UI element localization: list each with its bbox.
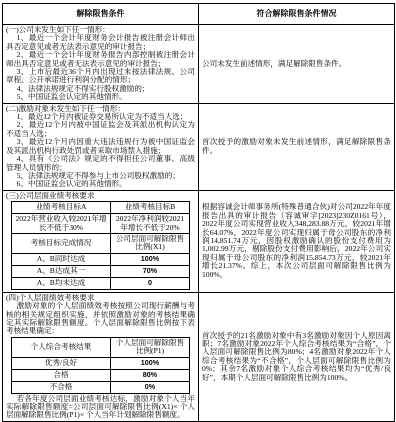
section2-conditions-cell: (二)激励对象未发生如下任一情形： 1、最近12个月内被证券交易所认定为不适当人… [3, 103, 199, 190]
section1-conditions-cell: (一)公司未发生如下任一情形： 1、最近一个会计年度财务会计报告被注册会计师出具… [3, 25, 199, 104]
col-header-status: 符合解除限售条件情况 [199, 4, 395, 25]
section4-result: 首次授予的21名激励对象中有3名激励对象因个人原因离职；7名激励对象2022年个… [202, 332, 391, 382]
table-row: 合格 80% [12, 369, 190, 381]
completion-condition: A、B达成其一 [12, 265, 111, 277]
personal-ratio-value: 80% [111, 369, 190, 381]
section3-status-cell: 根据容诚会计师事务所(特殊普通合伙)对公司2022年年度报告出具的审计报告（容诚… [199, 190, 395, 292]
unlock-ratio-value: 0 [111, 277, 190, 289]
section1-item: 5、中国证监会认定的其他情形。 [6, 93, 195, 101]
table-row: A、B同时达成 100% [12, 253, 190, 265]
section1-item: 1、最近一个会计年度财务会计报告被注册会计师出具否定意见或者无法表示意见的审计报… [6, 34, 195, 51]
section3-result: 根据容诚会计师事务所(特殊普通合伙)对公司2022年年度报告出具的审计报告（容诚… [202, 203, 391, 279]
goal-b-detail: 2022年净利润较2021年增长不低于20% [111, 214, 190, 234]
personal-assessment-table: 个人综合考核结果 个人层面可解除限售比例(P1) 优秀/良好 100% 合格 8… [11, 337, 190, 394]
table-row: 不合格 0% [12, 381, 190, 393]
section4-conditions-cell: (四)个人层面绩效考核要求 激励对象的个人层面绩效考核按照公司现行薪酬与考核的相… [3, 292, 199, 421]
section3-conditions-cell: (三)公司层面业绩考核要求 业绩考核目标A 业绩考核目标B 2022年营业收入较… [3, 190, 199, 292]
section1-status-cell: 公司未发生前述情形，满足解除限售条件。 [199, 25, 395, 104]
unlock-conditions-table: 解除限售条件 符合解除限售条件情况 (一)公司未发生如下任一情形： 1、最近一个… [2, 3, 395, 422]
personal-ratio-value: 100% [111, 357, 190, 369]
company-goal-table: 业绩考核目标A 业绩考核目标B 2022年营业收入较2021年增长不低于30% … [11, 201, 190, 290]
goal-a-header: 业绩考核目标A [12, 202, 111, 214]
section2-item: 2、最近12个月内被中国证监会及其派出机构认定为不适当人选； [6, 121, 195, 138]
personal-result-level: 优秀/良好 [12, 357, 111, 369]
section4-row: (四)个人层面绩效考核要求 激励对象的个人层面绩效考核按照公司现行薪酬与考核的相… [3, 292, 395, 421]
section3-row: (三)公司层面业绩考核要求 业绩考核目标A 业绩考核目标B 2022年营业收入较… [3, 190, 395, 292]
section3-title: (三)公司层面业绩考核要求 [6, 192, 195, 200]
section1-result: 公司未发生前述情形，满足解除限售条件。 [202, 60, 391, 68]
table-row: 优秀/良好 100% [12, 357, 190, 369]
completion-condition: A、B均未达成 [12, 277, 111, 289]
col-header-conditions: 解除限售条件 [3, 4, 199, 25]
section4-formula: 若各年度公司层面业绩考核达标，激励对象个人当年实际解除限售额度=公司层面可解除限… [6, 395, 195, 420]
section2-row: (二)激励对象未发生如下任一情形： 1、最近12个月内被证券交易所认定为不适当人… [3, 103, 395, 190]
personal-header-row: 个人综合考核结果 个人层面可解除限售比例(P1) [12, 337, 190, 357]
company-ratio-header: 公司层面可解除限售比例(X1) [111, 233, 190, 253]
personal-ratio-value: 0% [111, 381, 190, 393]
goal-a-detail: 2022年营业收入较2021年增长不低于30% [12, 214, 111, 234]
completion-header: 考核目标完成情况 [12, 233, 111, 253]
section4-status-cell: 首次授予的21名激励对象中有3名激励对象因个人原因离职；7名激励对象2022年个… [199, 292, 395, 421]
goal-header-row: 业绩考核目标A 业绩考核目标B [12, 202, 190, 214]
header-row: 解除限售条件 符合解除限售条件情况 [3, 4, 395, 25]
section2-item: 3、最近12个月内因重大违法违规行为被中国证监会及其派出机构行政处罚或者采取市场… [6, 138, 195, 155]
section2-item: 4、具有《公司法》规定的不得担任公司董事、高级管理人员情形的； [6, 155, 195, 172]
section2-result: 首次授予的激励对象未发生前述情形，满足解除限售条件。 [202, 138, 391, 155]
section1-item: 2、最近一个会计年度财务报告内部控制被注册会计师出具否定意见或者无法表示意见的审… [6, 51, 195, 68]
section1-row: (一)公司未发生如下任一情形： 1、最近一个会计年度财务会计报告被注册会计师出具… [3, 25, 395, 104]
goal-b-header: 业绩考核目标B [111, 202, 190, 214]
personal-result-header: 个人综合考核结果 [12, 337, 111, 357]
goal-detail-row: 2022年营业收入较2021年增长不低于30% 2022年净利润较2021年增长… [12, 214, 190, 234]
section4-intro: 激励对象的个人层面绩效考核按照公司现行薪酬与考核的相关规定组织实施，并依照激励对… [6, 302, 195, 336]
section2-status-cell: 首次授予的激励对象未发生前述情形，满足解除限售条件。 [199, 103, 395, 190]
section2-item: 6、中国证监会认定的其他情形。 [6, 180, 195, 188]
personal-result-level: 合格 [12, 369, 111, 381]
section1-item: 3、上市后最近36个月内出现过未按法律法规、公司章程、公开承诺进行利润分配的情形… [6, 68, 195, 85]
table-row: A、B均未达成 0 [12, 277, 190, 289]
completion-condition: A、B同时达成 [12, 253, 111, 265]
personal-ratio-header: 个人层面可解除限售比例(P1) [111, 337, 190, 357]
completion-header-row: 考核目标完成情况 公司层面可解除限售比例(X1) [12, 233, 190, 253]
personal-result-level: 不合格 [12, 381, 111, 393]
table-row: A、B达成其一 70% [12, 265, 190, 277]
unlock-ratio-value: 70% [111, 265, 190, 277]
unlock-ratio-value: 100% [111, 253, 190, 265]
